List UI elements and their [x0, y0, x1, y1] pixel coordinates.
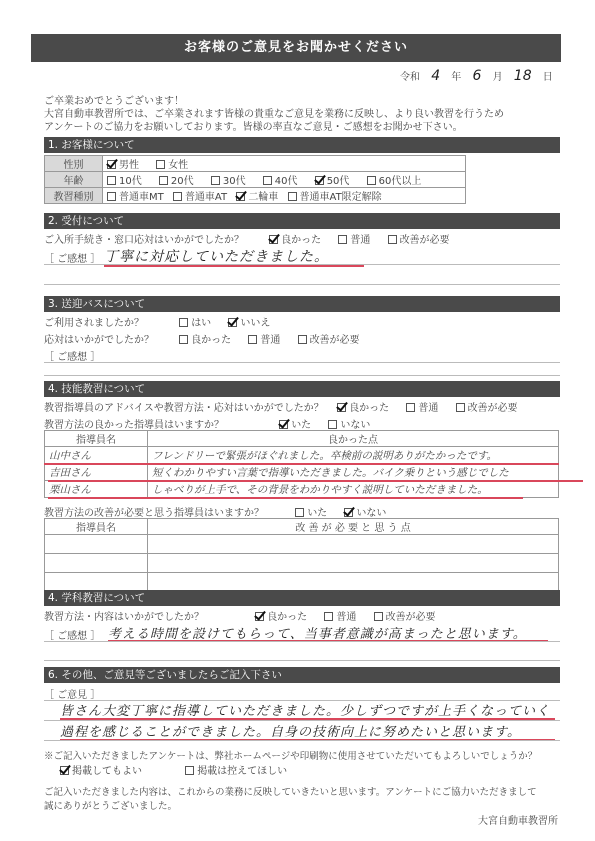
checkbox-checked-icon — [279, 420, 288, 429]
section3-heading: 3. 送迎バスについて — [44, 296, 560, 312]
improve-point-field[interactable] — [148, 573, 559, 592]
bus-service-improve-checkbox[interactable]: 改善が必要 — [298, 331, 360, 346]
date-era: 令和 — [400, 72, 420, 83]
improve-point-field[interactable] — [148, 535, 559, 554]
checkbox-checked-icon — [315, 176, 324, 185]
option-label: 普通 — [418, 403, 438, 414]
instructor-eval-row: 教習指導員のアドバイスや教習方法・応対はいかがでしたか？ 良かった 普通 改善が… — [44, 399, 532, 414]
bus-use-question: ご利用されましたか？ — [44, 314, 176, 329]
checkbox-icon — [374, 612, 383, 621]
lecture-comment-label: ［ ご感想 ］ — [44, 627, 100, 642]
good-instructor-no-checkbox[interactable]: いない — [328, 416, 370, 431]
checkbox-icon — [388, 235, 397, 244]
option-label: 50代 — [327, 176, 350, 187]
intro-line: アンケートのご協力をお願いしております。皆様の率直なご意見・ご感想をお聞かせ下さ… — [44, 121, 504, 134]
option-label: 良かった — [349, 403, 389, 414]
option-label: はい — [191, 318, 211, 329]
bad-instructor-row: 教習方法の改善が必要と思う指導員はいますか？ いた いない — [44, 504, 400, 519]
checkbox-icon — [173, 192, 182, 201]
option-label: 掲載は控えてほしい — [197, 766, 287, 777]
checkbox-checked-icon — [228, 318, 237, 327]
option-label: 60代以上 — [379, 176, 422, 187]
bus-use-yes-checkbox[interactable]: はい — [179, 314, 211, 329]
lecture-good-checkbox[interactable]: 良かった — [255, 608, 307, 623]
age-row: 年齢 10代 20代 30代 40代 50代 60代以上 — [45, 172, 466, 188]
option-label: いいえ — [240, 318, 270, 329]
instructor-good-checkbox[interactable]: 良かった — [337, 399, 389, 414]
instructor-improve-checkbox[interactable]: 改善が必要 — [456, 399, 518, 414]
bus-service-normal-checkbox[interactable]: 普通 — [248, 331, 280, 346]
instructor-name-field[interactable]: 吉田さん — [45, 464, 148, 481]
reception-question-row: ご入所手続き・窓口応対はいかがでしたか？ 良かった 普通 改善が必要 — [44, 231, 464, 246]
consent-allow-checkbox[interactable]: 掲載してもよい — [60, 762, 142, 777]
gender-row: 性別 男性 女性 — [45, 156, 466, 172]
course-at-checkbox[interactable]: 普通車AT — [173, 188, 227, 203]
instructor-name-field[interactable] — [45, 573, 148, 592]
checkbox-icon — [338, 235, 347, 244]
underline-mark — [48, 497, 523, 499]
comment-line — [44, 641, 560, 642]
gender-female-checkbox[interactable]: 女性 — [156, 156, 188, 171]
checkbox-checked-icon — [60, 766, 69, 775]
date-month-unit: 月 — [493, 72, 503, 83]
option-label: 30代 — [223, 176, 246, 187]
option-label: 改善が必要 — [400, 235, 450, 246]
opinion-line-1[interactable]: 皆さん大変丁寧に指導していただきました。少しずつですが上手くなっていく — [60, 700, 550, 719]
option-label: 男性 — [119, 160, 139, 171]
option-label: 改善が必要 — [468, 403, 518, 414]
customer-info-table: 性別 男性 女性 年齢 10代 20代 30代 40代 50代 60代以上 教習… — [44, 155, 466, 204]
good-point-field[interactable]: 短くわかりやすい言葉で指導いただきました。バイク乗りという感じでした — [148, 464, 559, 481]
bad-instructor-table: 指導員名 改 善 が 必 要 と 思 う 点 — [44, 518, 559, 592]
comment-line — [44, 375, 560, 376]
table-row — [45, 535, 559, 554]
option-label: 普通 — [260, 335, 280, 346]
comment-line — [44, 740, 560, 741]
column-header-name: 指導員名 — [45, 431, 148, 447]
intro-line: ご卒業おめでとうございます！ — [44, 95, 504, 108]
option-label: 普通車AT限定解除 — [300, 192, 382, 203]
instructor-name-field[interactable] — [45, 535, 148, 554]
underline-mark — [48, 480, 583, 482]
section4-heading: 4. 技能教習について — [44, 381, 560, 397]
course-at-limit-removal-checkbox[interactable]: 普通車AT限定解除 — [288, 188, 382, 203]
bus-service-good-checkbox[interactable]: 良かった — [179, 331, 231, 346]
section1-heading: 1. お客様について — [44, 137, 560, 153]
table-row: 山中さん フレンドリーで緊張がほぐれました。卒検前の説明ありがたかったです。 — [45, 447, 559, 464]
option-label: 普通 — [336, 612, 356, 623]
reception-comment-label: ［ ご感想 ］ — [44, 250, 100, 265]
course-motorcycle-checkbox[interactable]: 二輪車 — [236, 188, 278, 203]
intro-line: 大宮自動車教習所では、ご卒業されます皆様の貴重なご意見を業務に反映し、より良い教… — [44, 108, 504, 121]
date-day-field[interactable]: 18 — [514, 68, 532, 84]
option-label: 普通車AT — [185, 192, 227, 203]
age-10s-checkbox[interactable]: 10代 — [107, 172, 142, 187]
option-label: 20代 — [171, 176, 194, 187]
checkbox-checked-icon — [236, 192, 245, 201]
checkbox-icon — [179, 335, 188, 344]
checkbox-icon — [159, 176, 168, 185]
intro-text: ご卒業おめでとうございます！ 大宮自動車教習所では、ご卒業されます皆様の貴重なご… — [44, 95, 504, 134]
option-label: 改善が必要 — [386, 612, 436, 623]
table-header: 指導員名 良かった点 — [45, 431, 559, 447]
instructor-normal-checkbox[interactable]: 普通 — [406, 399, 438, 414]
opinion-comment-label: ［ ご意見 ］ — [44, 686, 100, 701]
improve-point-field[interactable] — [148, 554, 559, 573]
instructor-name-field[interactable]: 山中さん — [45, 447, 148, 464]
bus-service-question: 応対はいかがでしたか？ — [44, 331, 176, 346]
opinion-line-2[interactable]: 過程を感じることができました。自身の技術向上に努めたいと思います。 — [60, 721, 521, 740]
option-label: 良かった — [191, 335, 231, 346]
lecture-question: 教習方法・内容はいかがでしたか？ — [44, 608, 252, 623]
underline-mark — [44, 463, 559, 465]
footer-line: 誠にありがとうございました。 — [44, 800, 537, 814]
table-header: 指導員名 改 善 が 必 要 と 思 う 点 — [45, 519, 559, 535]
age-50s-checkbox[interactable]: 50代 — [315, 172, 350, 187]
reception-improve-checkbox[interactable]: 改善が必要 — [388, 231, 450, 246]
column-header-good-point: 良かった点 — [148, 431, 559, 447]
lecture-question-row: 教習方法・内容はいかがでしたか？ 良かった 普通 改善が必要 — [44, 608, 450, 623]
date-day-unit: 日 — [543, 72, 553, 83]
comment-line — [44, 284, 560, 285]
option-label: 掲載してもよい — [72, 766, 142, 777]
age-60s-checkbox[interactable]: 60代以上 — [367, 172, 422, 187]
date-month-field[interactable]: 6 — [472, 68, 481, 84]
checkbox-icon — [288, 192, 297, 201]
instructor-eval-question: 教習指導員のアドバイスや教習方法・応対はいかがでしたか？ — [44, 399, 334, 414]
comment-line — [44, 660, 560, 661]
bad-instructor-no-checkbox[interactable]: いない — [344, 504, 386, 519]
checkbox-checked-icon — [344, 508, 353, 517]
footer-text: ご記入いただきました内容は、これからの業務に反映していきたいと思います。アンケー… — [44, 786, 537, 814]
checkbox-icon — [324, 612, 333, 621]
checkbox-checked-icon — [255, 612, 264, 621]
bus-use-no-checkbox[interactable]: いいえ — [228, 314, 270, 329]
checkbox-icon — [298, 335, 307, 344]
table-row — [45, 554, 559, 573]
section5-heading: 4. 学科教習について — [44, 590, 560, 606]
lecture-improve-checkbox[interactable]: 改善が必要 — [374, 608, 436, 623]
checkbox-icon — [406, 403, 415, 412]
good-instructor-question: 教習方法の良かった指導員はいますか？ — [44, 416, 276, 431]
section2-heading: 2. 受付について — [44, 213, 560, 229]
option-label: 良かった — [281, 235, 321, 246]
table-row: 吉田さん 短くわかりやすい言葉で指導いただきました。バイク乗りという感じでした — [45, 464, 559, 481]
consent-question: ※ご記入いただきましたアンケートは、弊社ホームページや印刷物に使用させていただい… — [44, 748, 537, 762]
checkbox-icon — [211, 176, 220, 185]
bad-instructor-yes-checkbox[interactable]: いた — [295, 504, 327, 519]
option-label: 40代 — [275, 176, 298, 187]
footer-line: ご記入いただきました内容は、これからの業務に反映していきたいと思います。アンケー… — [44, 786, 537, 800]
column-header-improve-point: 改 善 が 必 要 と 思 う 点 — [148, 519, 559, 535]
good-instructor-row: 教習方法の良かった指導員はいますか？ いた いない — [44, 416, 384, 431]
reception-question: ご入所手続き・窓口応対はいかがでしたか？ — [44, 231, 266, 246]
reception-good-checkbox[interactable]: 良かった — [269, 231, 321, 246]
gender-label: 性別 — [45, 156, 103, 172]
option-label: 10代 — [119, 176, 142, 187]
bus-use-row: ご利用されましたか？ はい いいえ — [44, 314, 284, 329]
course-type-row: 教習種別 普通車MT 普通車AT 二輪車 普通車AT限定解除 — [45, 188, 466, 204]
form-title: お客様のご意見をお聞かせください — [31, 34, 561, 62]
option-label: 女性 — [168, 160, 188, 171]
checkbox-icon — [179, 318, 188, 327]
checkbox-icon — [185, 766, 194, 775]
comment-line — [44, 362, 560, 363]
consent-decline-checkbox[interactable]: 掲載は控えてほしい — [185, 762, 287, 777]
checkbox-checked-icon — [269, 235, 278, 244]
signature: 大宮自動車教習所 — [478, 812, 558, 827]
date-year-field[interactable]: 4 — [431, 68, 440, 84]
checkbox-icon — [328, 420, 337, 429]
option-label: 普通車MT — [119, 192, 164, 203]
checkbox-icon — [156, 160, 165, 169]
comment-line — [44, 264, 560, 265]
section6-heading: 6. その他、ご意見等ございましたらご記入下さい — [44, 667, 560, 683]
good-point-field[interactable]: フレンドリーで緊張がほぐれました。卒検前の説明ありがたかったです。 — [148, 447, 559, 464]
column-header-name: 指導員名 — [45, 519, 148, 535]
underline-mark — [104, 265, 364, 267]
bus-comment-label: ［ ご感想 ］ — [44, 348, 100, 363]
instructor-name-field[interactable] — [45, 554, 148, 573]
option-label: 改善が必要 — [310, 335, 360, 346]
date-year-unit: 年 — [451, 72, 461, 83]
checkbox-checked-icon — [337, 403, 346, 412]
instructor-name-field[interactable]: 栗山さん — [45, 481, 148, 498]
table-row — [45, 573, 559, 592]
gender-male-checkbox[interactable]: 男性 — [107, 156, 139, 171]
age-20s-checkbox[interactable]: 20代 — [159, 172, 194, 187]
checkbox-icon — [248, 335, 257, 344]
bus-service-row: 応対はいかがでしたか？ 良かった 普通 改善が必要 — [44, 331, 374, 346]
checkbox-icon — [107, 176, 116, 185]
checkbox-icon — [456, 403, 465, 412]
age-30s-checkbox[interactable]: 30代 — [211, 172, 246, 187]
option-label: 良かった — [267, 612, 307, 623]
comment-line — [44, 700, 560, 701]
checkbox-icon — [367, 176, 376, 185]
checkbox-icon — [295, 508, 304, 517]
checkbox-icon — [107, 192, 116, 201]
age-40s-checkbox[interactable]: 40代 — [263, 172, 298, 187]
option-label: 普通 — [350, 235, 370, 246]
table-row: 栗山さん しゃべりが上手で、その背景をわかりやすく説明していただきました。 — [45, 481, 559, 498]
age-label: 年齢 — [45, 172, 103, 188]
option-label: 二輪車 — [248, 192, 278, 203]
reception-comment-field[interactable]: 丁寧に対応していただきました。 — [104, 246, 329, 266]
consent-options-row: 掲載してもよい 掲載は控えてほしい — [60, 762, 301, 777]
lecture-normal-checkbox[interactable]: 普通 — [324, 608, 356, 623]
course-type-label: 教習種別 — [45, 188, 103, 204]
reception-normal-checkbox[interactable]: 普通 — [338, 231, 370, 246]
course-mt-checkbox[interactable]: 普通車MT — [107, 188, 164, 203]
date-line: 令和 4 年 6 月 18 日 — [400, 68, 553, 84]
checkbox-icon — [263, 176, 272, 185]
bad-instructor-question: 教習方法の改善が必要と思う指導員はいますか？ — [44, 504, 292, 519]
checkbox-checked-icon — [107, 160, 116, 169]
good-point-field[interactable]: しゃべりが上手で、その背景をわかりやすく説明していただきました。 — [148, 481, 559, 498]
good-instructor-yes-checkbox[interactable]: いた — [279, 416, 311, 431]
